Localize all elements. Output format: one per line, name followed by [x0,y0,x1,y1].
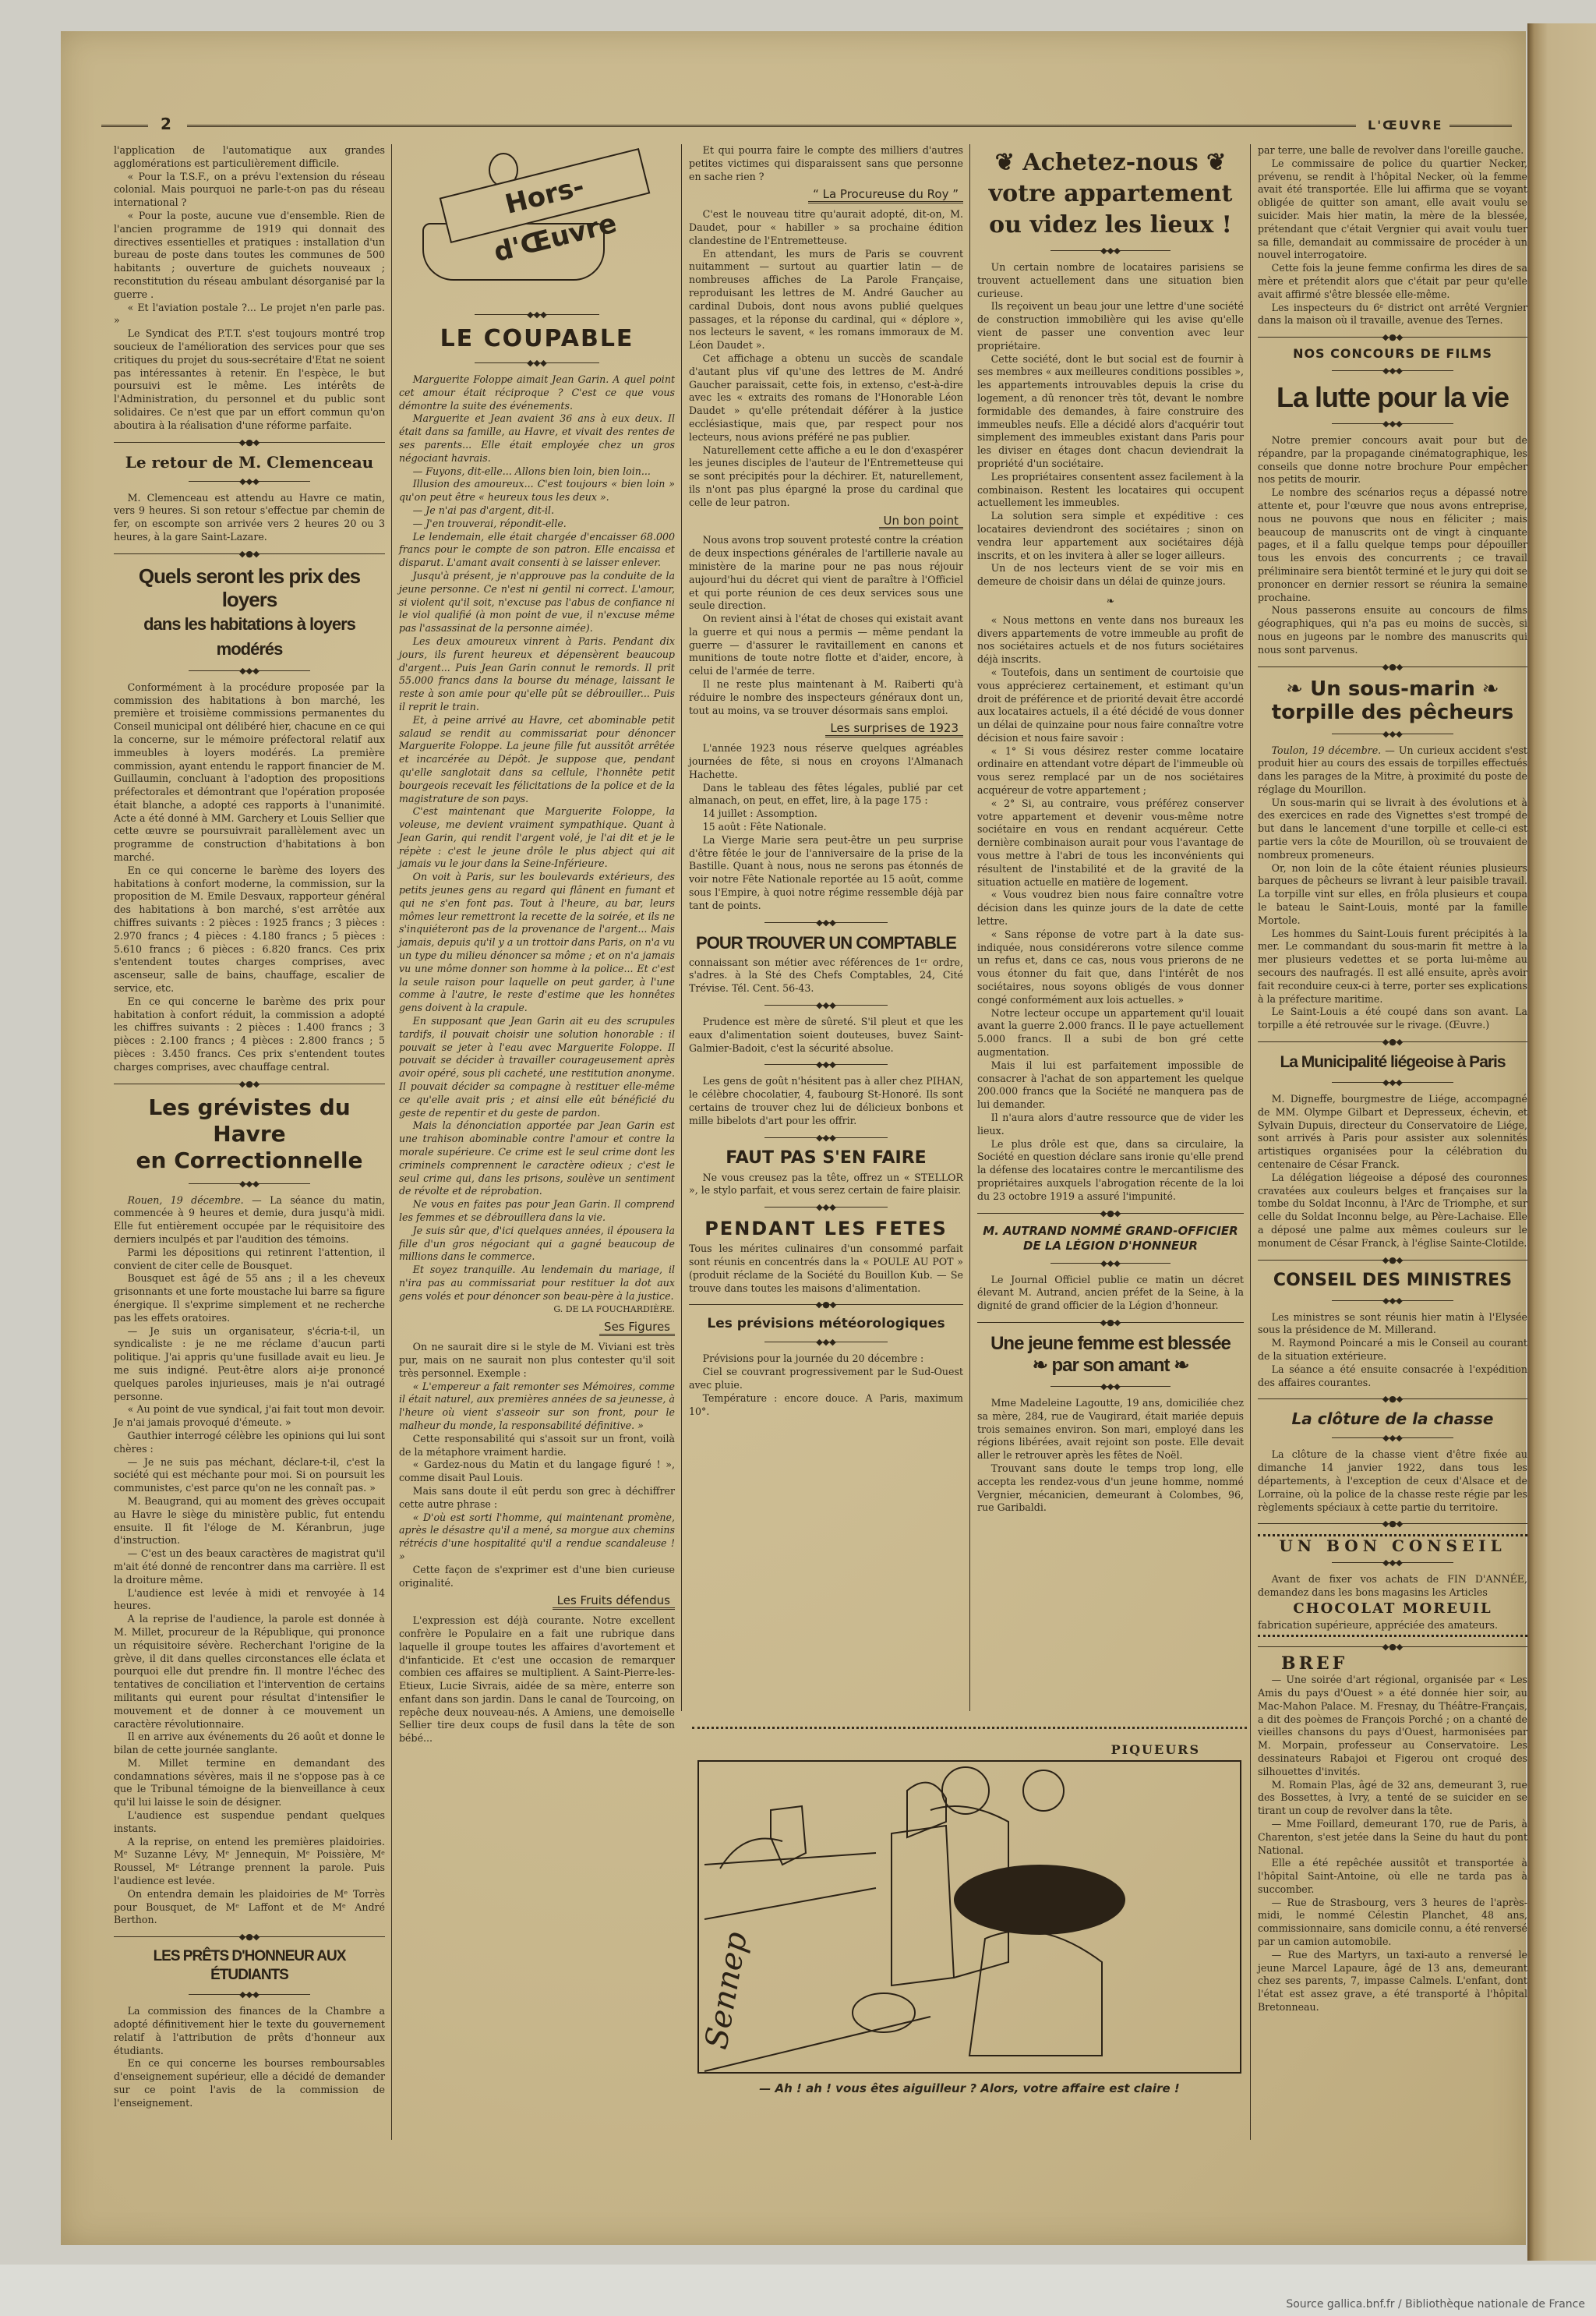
headline-line: torpille des pêcheurs [1272,701,1514,724]
quote-paragraph: « D'où est sorti l'homme, qui maintenant… [399,1512,675,1564]
article-paragraph: La clôture de la chasse vient d'être fix… [1258,1448,1527,1514]
column-rule [681,144,682,1711]
brief-item: — Mme Foillard, demeurant 170, rue de Pa… [1258,1818,1527,1857]
headline-line: DE LA LÉGION D'HONNEUR [1023,1239,1198,1253]
grevistes-headline: Les grévistes du Havre en Correctionnell… [114,1094,385,1174]
article-paragraph: « Gardez-nous du Matin et du langage fig… [399,1459,675,1485]
ornament-divider: ◆◆◆ [1332,729,1453,740]
ornament-divider: ◆●◆ [1258,662,1527,673]
ornament-divider: ◆◆◆ [764,1202,888,1213]
headline-line: dans les habitations à loyers modérés [143,614,355,659]
article-paragraph: Il n'aura alors d'autre ressource que de… [977,1112,1244,1138]
article-paragraph: Et qui pourra faire le compte des millie… [689,144,963,183]
ornament-divider: ◆◆◆ [1332,1296,1453,1307]
article-paragraph: M. Millet termine en demandant des conda… [114,1757,385,1809]
wavy-rule [1258,1635,1527,1637]
article-paragraph: Un de nos lecteurs vient de se voir mis … [977,562,1244,589]
article-paragraph: M. Raymond Poincaré a mis le Conseil au … [1258,1337,1527,1363]
article-paragraph: Cette société, dont le but social est de… [977,353,1244,471]
brief-item: M. Romain Plas, âgé de 32 ans, demeurant… [1258,1779,1527,1818]
ad-text: Tous les mérites culinaires d'un consomm… [689,1243,963,1295]
article-paragraph: En ce qui concerne le barème des loyers … [114,865,385,995]
page-number: 2 [161,115,171,133]
headline-line: en Correctionnelle [136,1147,363,1173]
wavy-rule [692,1727,1247,1735]
article-paragraph: Et soyez tranquille. Au lendemain du mar… [399,1264,675,1303]
headline-line: M. AUTRAND NOMMÉ GRAND-OFFICIER [983,1224,1238,1238]
article-paragraph: On entendra demain les plaidoiries de Mᵉ… [114,1888,385,1927]
comptable-ad-headline: POUR TROUVER UN COMPTABLE [689,933,963,953]
article-paragraph: Un sous-marin qui se livrait à des évolu… [1258,797,1527,862]
masthead-rule [187,125,1356,140]
fleuron-icon: ❧ [977,595,1244,608]
faut-pas-ad-headline: FAUT PAS S'EN FAIRE [689,1148,963,1169]
brief-item: — Rue de Strasbourg, vers 3 heures de l'… [1258,1897,1527,1949]
article-paragraph: — Je n'ai pas d'argent, dit-il. [399,504,675,518]
article-paragraph: En supposant que Jean Garin ait eu des s… [399,1015,675,1119]
fruits-subhead: Les Fruits défendus [553,1594,675,1610]
article-paragraph: « Au point de vue syndical, j'ai fait to… [114,1403,385,1430]
headline-line: Une jeune femme est blessée [990,1333,1231,1354]
article-paragraph: Rouen, 19 décembre. — La séance du matin… [114,1194,385,1246]
clemenceau-headline: Le retour de M. Clemenceau [114,453,385,472]
cartoon-title: PIQUEURS [1111,1742,1200,1757]
article-paragraph: L'année 1923 nous réserve quelques agréa… [689,742,963,781]
article-paragraph: « Et l'aviation postale ?... Le projet n… [114,302,385,328]
letter-paragraph: « Sans réponse de votre part à la date s… [977,928,1244,1007]
ornament-divider: ◆◆◆ [1332,1433,1453,1444]
piqueurs-cartoon: PIQUEURS Sennep — Ah ! ah ! vous êtes ai… [692,1727,1247,2187]
ad-text: Avant de fixer vos achats de FIN D'ANNÉE… [1258,1573,1527,1600]
article-paragraph: « Pour la poste, aucune vue d'ensemble. … [114,210,385,302]
chasse-headline: La clôture de la chasse [1258,1409,1527,1428]
ornament-divider: ◆◆◆ [189,476,311,487]
article-paragraph: Il ne reste plus maintenant à M. Raibert… [689,678,963,717]
article-paragraph: A la reprise, on entend les premières pl… [114,1836,385,1888]
loyers-headline: Quels seront les prix des loyers dans le… [114,564,385,661]
ornament-divider: ◆●◆ [1258,1642,1527,1653]
article-paragraph: Marguerite et Jean avaient 36 ans à eux … [399,412,675,465]
bon-conseil-headline: UN BON CONSEIL [1258,1540,1527,1553]
headline-line: Quels seront les prix des loyers [139,564,360,611]
article-paragraph: Gauthier interrogé célèbre les opinions … [114,1430,385,1456]
ornament-divider: ◆●◆ [1258,332,1527,343]
ornament-divider: ◆◆◆ [1332,419,1453,430]
article-paragraph: Il en arrive aux événements du 26 août e… [114,1731,385,1757]
article-paragraph: Le lendemain, elle était chargée d'encai… [399,531,675,570]
ornament-divider: ◆◆◆ [764,1133,888,1144]
cartoon-caption: — Ah ! ah ! vous êtes aiguilleur ? Alors… [692,2081,1247,2095]
column-1: l'application de l'automatique aux grand… [114,144,385,2110]
column-5: par terre, une balle de revolver dans l'… [1258,144,1527,2014]
ornament-divider: ◆◆◆ [475,358,598,369]
headline-line: votre appartement [989,180,1233,207]
moreuil-brand: CHOCOLAT MOREUIL [1258,1603,1527,1616]
concours-kicker: NOS CONCOURS DE FILMS [1258,348,1527,361]
article-paragraph: Et, à peine arrivé au Havre, cet abomina… [399,714,675,806]
ornament-divider: ◆◆◆ [475,309,598,320]
leaf-ornament-icon: ❧ [1033,1355,1047,1376]
leaf-ornament-icon: ❧ [1286,677,1303,701]
article-paragraph: En ce qui concerne les bourses remboursa… [114,2057,385,2109]
article-paragraph: Cette responsabilité qui s'assoit sur un… [399,1433,675,1459]
autrand-headline: M. AUTRAND NOMMÉ GRAND-OFFICIER DE LA LÉ… [977,1224,1244,1253]
article-paragraph: Je suis sûr que, d'ici quelques années, … [399,1225,675,1264]
dateline: Toulon, 19 décembre. [1272,744,1382,756]
ornament-divider: ◆●◆ [1258,1519,1527,1529]
achetez-headline: ❦ Achetez-nous ❦ votre appartement ou vi… [977,147,1244,241]
article-paragraph: Le nombre des scénarios reçus a dépassé … [1258,486,1527,604]
article-paragraph: Dans le tableau des fêtes légales, publi… [689,782,963,808]
article-paragraph: Toulon, 19 décembre. — Un curieux accide… [1258,744,1527,797]
article-paragraph: Ils reçoivent un beau jour une lettre d'… [977,300,1244,352]
prets-headline: LES PRÊTS D'HONNEUR AUX ÉTUDIANTS [114,1947,385,1985]
ornament-divider: ◆●◆ [114,1932,385,1943]
ornament-divider: ◆◆◆ [1332,366,1453,377]
ornament-divider: ◆◆◆ [189,1989,311,2000]
ornament-divider: ◆◆◆ [1050,1381,1171,1392]
article-paragraph: Le commissaire de police du quartier Nec… [1258,157,1527,262]
article-paragraph: — Fuyons, dit-elle... Allons bien loin, … [399,465,675,479]
ad-text: fabrication supérieure, appréciée des am… [1258,1619,1527,1632]
procureuse-subhead: “ La Procureuse du Roy ” [808,188,963,203]
article-paragraph: Cet affichage a obtenu un succès de scan… [689,352,963,444]
article-paragraph: M. Beaugrand, qui au moment des grèves o… [114,1495,385,1547]
article-paragraph: — Je suis un organisateur, s'écria-t-il,… [114,1325,385,1404]
article-paragraph: Naturellement cette affiche a eu le don … [689,444,963,510]
ornament-divider: ◆◆◆ [764,918,888,928]
ornament-divider: ◆●◆ [689,1299,963,1310]
article-paragraph: Notre lecteur occupe un appartement qu'i… [977,1007,1244,1059]
article-paragraph: L'audience est levée à midi et renvoyée … [114,1587,385,1614]
article-paragraph: Notre premier concours avait pour but de… [1258,434,1527,486]
conseil-headline: CONSEIL DES MINISTRES [1258,1271,1527,1291]
sousmarin-headline: ❧ Un sous-marin ❧ torpille des pêcheurs [1258,677,1527,724]
coupable-headline: LE COUPABLE [399,325,675,353]
article-paragraph: par terre, une balle de revolver dans l'… [1258,144,1527,157]
leaf-ornament-icon: ❦ [995,149,1015,176]
article-paragraph: — Je ne suis pas méchant, déclare-t-il, … [114,1456,385,1495]
letter-paragraph: « Nous mettons en vente dans nos bureaux… [977,614,1244,667]
svg-text:Sennep: Sennep [698,1929,754,2053]
leaf-ornament-icon: ❦ [1206,149,1226,176]
ornament-divider: ◆◆◆ [1332,1558,1453,1568]
article-paragraph: On revient ainsi à l'état de choses qui … [689,613,963,678]
brief-item: — Une soirée d'art régional, organisée p… [1258,1674,1527,1778]
article-paragraph: Les inspecteurs du 6ᵉ district ont arrêt… [1258,302,1527,328]
column-rule [391,144,392,2140]
column-rule [969,144,970,1711]
holiday-list-item: 15 août : Fête Nationale. [689,821,963,834]
article-paragraph: On voit à Paris, sur les boulevards exté… [399,871,675,1015]
ornament-divider: ◆◆◆ [189,1179,311,1190]
byline: G. DE LA FOUCHARDIÈRE. [399,1303,675,1317]
ornament-divider: ◆●◆ [114,437,385,448]
column-3: Et qui pourra faire le compte des millie… [689,144,963,1418]
headline-line: Les grévistes du Havre [148,1094,350,1147]
brief-item: — Rue des Martyrs, un taxi-auto a renver… [1258,1949,1527,2014]
article-paragraph: Le Saint-Louis a été coupé dans son avan… [1258,1006,1527,1032]
ornament-divider: ◆◆◆ [764,1000,888,1011]
cartoon-illustration: Sennep [697,1759,1242,2075]
article-paragraph: Les deux amoureux vinrent à Paris. Penda… [399,635,675,714]
ornament-divider: ◆●◆ [1258,1255,1527,1266]
article-paragraph: Trouvant sans doute le temps trop long, … [977,1462,1244,1515]
masthead-rule-left [101,125,148,140]
article-paragraph: Ciel se couvrant progressivement par le … [689,1366,963,1392]
lutte-headline: La lutte pour la vie [1258,381,1527,414]
ornament-divider: ◆◆◆ [764,1059,888,1070]
headline-line: par son amant [1051,1355,1169,1376]
article-paragraph: Les propriétaires consentent assez facil… [977,471,1244,510]
article-paragraph: Marguerite Foloppe aimait Jean Garin. A … [399,373,675,412]
ptt-article-continued: l'application de l'automatique aux grand… [114,144,385,433]
article-paragraph: Les hommes du Saint-Louis furent précipi… [1258,928,1527,1006]
article-paragraph: — C'est un des beaux caractères de magis… [114,1547,385,1586]
dateline: Rouen, 19 décembre. [128,1194,244,1206]
article-paragraph: La commission des finances de la Chambre… [114,2005,385,2057]
article-paragraph: Température : encore douce. A Paris, max… [689,1392,963,1419]
coupable-article: Marguerite Foloppe aimait Jean Garin. A … [399,373,675,1303]
article-paragraph: Illusion des amoureux... C'est toujours … [399,478,675,504]
article-paragraph: La solution sera simple et expéditive : … [977,510,1244,562]
ornament-divider: ◆◆◆ [189,666,311,677]
article-paragraph: Jusqu'à présent, je n'approuve pas la co… [399,570,675,635]
article-paragraph: En attendant, les murs de Paris se couvr… [689,248,963,352]
ornament-divider: ◆◆◆ [764,1337,888,1348]
masthead-rule-right [1449,125,1512,140]
article-paragraph: M. Digneffe, bourgmestre de Liége, accom… [1258,1093,1527,1172]
ad-text: Les gens de goût n'hésitent pas à aller … [689,1075,963,1127]
article-paragraph: Cette façon de s'exprimer est d'une bien… [399,1564,675,1590]
article-paragraph: En ce qui concerne le barème des prix po… [114,995,385,1074]
blessee-headline: Une jeune femme est blessée ❧ par son am… [977,1333,1244,1377]
article-paragraph: C'est maintenant que Marguerite Foloppe,… [399,805,675,871]
ad-text: Ne vous creusez pas la tête, offrez un «… [689,1172,963,1198]
column-2: Hors-d'Œuvre ◆◆◆ LE COUPABLE ◆◆◆ Marguer… [399,144,675,1745]
column-rule [1250,144,1251,2140]
article-paragraph: Le Journal Officiel publie ce matin un d… [977,1274,1244,1313]
surprises-subhead: Les surprises de 1923 [825,722,963,737]
ornament-divider: ◆●◆ [1258,1037,1527,1048]
bref-headline: BREF [1258,1657,1527,1671]
ornament-divider: ◆●◆ [977,1208,1244,1219]
ornament-divider: ◆◆◆ [1050,246,1171,256]
letter-paragraph: « Toutefois, dans un sentiment de courto… [977,667,1244,745]
ornament-divider: ◆●◆ [977,1317,1244,1328]
headline-line: ou videz les lieux ! [989,211,1232,239]
article-paragraph: L'audience est suspendue pendant quelque… [114,1809,385,1836]
article-paragraph: Un certain nombre de locataires parisien… [977,261,1244,300]
article-paragraph: Nous passerons ensuite au concours de fi… [1258,604,1527,656]
article-paragraph: Bousquet est âgé de 55 ans ; il a les ch… [114,1272,385,1324]
article-paragraph: Cette fois la jeune femme confirma les d… [1258,262,1527,301]
article-paragraph: Nous avons trop souvent protesté contre … [689,534,963,613]
article-paragraph: Mme Madeleine Lagoutte, 19 ans, domicili… [977,1397,1244,1462]
ornament-divider: ◆◆◆ [1332,1077,1453,1088]
article-paragraph: C'est le nouveau titre qu'aurait adopté,… [689,208,963,247]
article-paragraph: A la reprise de l'audience, la parole es… [114,1613,385,1731]
article-paragraph: M. Clemenceau est attendu au Havre ce ma… [114,492,385,544]
adjacent-page-edge [1527,23,1596,2261]
letter-paragraph: « 2° Si, au contraire, vous préférez con… [977,797,1244,889]
article-paragraph: Les ministres se sont réunis hier matin … [1258,1311,1527,1338]
logo-sign: Hors-d'Œuvre [440,148,651,243]
quote-paragraph: « L'empereur a fait remonter ses Mémoire… [399,1381,675,1433]
article-paragraph: Ne vous en faites pas pour Jean Garin. I… [399,1198,675,1225]
leaf-ornament-icon: ❧ [1174,1355,1188,1376]
headline-line: Achetez-nous [1022,149,1198,176]
article-paragraph: Le plus drôle est que, dans sa circulair… [977,1138,1244,1204]
liege-headline: La Municipalité liégeoise à Paris [1258,1052,1527,1073]
bon-point-subhead: Un bon point [879,514,963,530]
article-paragraph: Prévisions pour la journée du 20 décembr… [689,1352,963,1366]
meteo-headline: Les prévisions météorologiques [689,1315,963,1332]
holiday-list-item: 14 juillet : Assomption. [689,808,963,821]
article-paragraph: « Pour la T.S.F., on a prévu l'extension… [114,171,385,210]
article-paragraph: Or, non loin de la côte étaient réunies … [1258,862,1527,928]
ad-text: Prudence est mère de sûreté. S'il pleut … [689,1016,963,1055]
headline-line: Un sous-marin [1310,677,1475,701]
article-paragraph: Parmi les dépositions qui retinrent l'at… [114,1246,385,1273]
ornament-divider: ◆●◆ [1258,1394,1527,1405]
article-paragraph: l'application de l'automatique aux grand… [114,144,385,171]
article-paragraph: Mais il lui est parfaitement impossible … [977,1059,1244,1112]
article-paragraph: Mais la dénonciation apportée par Jean G… [399,1119,675,1198]
article-paragraph: L'expression est déjà courante. Notre ex… [399,1614,675,1745]
leaf-ornament-icon: ❧ [1482,677,1499,701]
figures-subhead: Ses Figures [599,1321,675,1336]
article-paragraph: Conformément à la procédure proposée par… [114,681,385,865]
article-paragraph: La séance a été ensuite consacrée à l'ex… [1258,1363,1527,1390]
article-paragraph: On ne saurait dire si le style de M. Viv… [399,1341,675,1380]
article-paragraph: Mais sans doute il eût perdu son grec à … [399,1485,675,1512]
article-paragraph: La Vierge Marie sera peut-être un peu su… [689,834,963,913]
ad-text: connaissant son métier avec références d… [689,956,963,995]
paper-name: L'ŒUVRE [1368,118,1442,133]
fetes-ad-headline: PENDANT LES FETES [689,1218,963,1239]
ornament-divider: ◆●◆ [114,1079,385,1090]
brief-item: Elle a été repêchée aussitôt et transpor… [1258,1857,1527,1896]
letter-paragraph: « Vous voudrez bien nous faire connaître… [977,889,1244,928]
ornament-divider: ◆◆◆ [1050,1258,1171,1269]
ornament-divider: ◆●◆ [114,549,385,560]
letter-paragraph: « 1° Si vous désirez rester comme locata… [977,745,1244,797]
article-paragraph: La délégation liégeoise a déposé des cou… [1258,1172,1527,1250]
source-credit: Source gallica.bnf.fr / Bibliothèque nat… [1286,2298,1585,2311]
article-paragraph: Le Syndicat des P.T.T. s'est toujours mo… [114,327,385,432]
article-paragraph: — J'en trouverai, répondit-elle. [399,518,675,531]
column-4: ❦ Achetez-nous ❦ votre appartement ou vi… [977,144,1244,1515]
hors-doeuvre-logo: Hors-d'Œuvre [399,149,675,305]
